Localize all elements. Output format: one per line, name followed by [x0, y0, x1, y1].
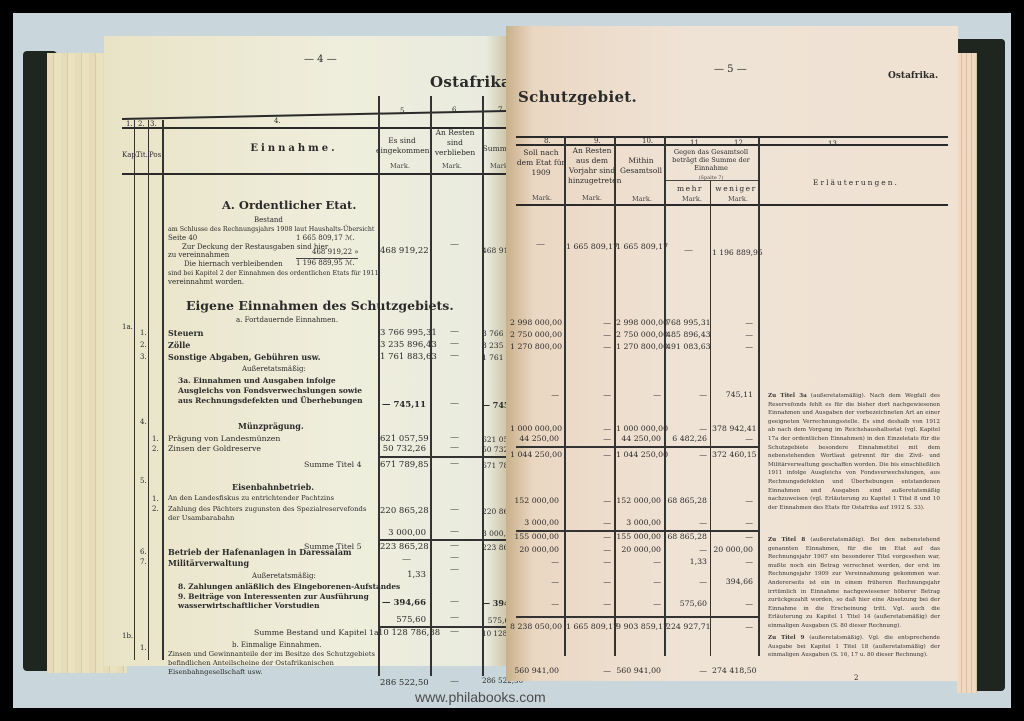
page-title-fragment: Schutzgebiet.: [518, 88, 637, 106]
header-einnahme: Einnahme.: [224, 144, 364, 154]
cell-col8: —: [510, 577, 562, 586]
cell-col9: —: [566, 330, 614, 339]
cell-col12: —: [712, 434, 756, 443]
cell-col12: —: [712, 557, 756, 566]
cell-col9: —: [566, 390, 614, 399]
header-col11-12-group: Gegen das Gesamtsoll beträgt die Summe d…: [668, 148, 754, 172]
cell-col9: —: [566, 424, 614, 433]
cell-col12: —: [712, 496, 756, 505]
cell-col10: —: [616, 557, 664, 566]
cell-col10: —: [616, 577, 664, 586]
header-col6: An Resten sind verblieben: [429, 128, 481, 158]
cell-col11: 1,33: [666, 557, 710, 566]
cell-col10: —: [616, 390, 664, 399]
cell-col8: —: [510, 599, 562, 608]
header-col9: An Resten aus dem Vorjahr sind hinzugetr…: [568, 146, 616, 186]
cell-col10: 2 750 000,00: [616, 330, 664, 339]
cell-col10: 1 000 000,00: [616, 424, 664, 433]
cell-col11: —: [666, 666, 710, 675]
page-number: — 4 —: [304, 54, 337, 65]
cell-col11: 68 865,28: [666, 496, 710, 505]
cell-col11: —: [666, 424, 710, 433]
cell-col9: —: [566, 666, 614, 675]
cell-col12: 20 000,00: [712, 545, 756, 554]
cell-col8: 1 000 000,00: [510, 424, 562, 433]
cell-col9: 1 665 809,17: [566, 622, 614, 631]
header-tit: Tit.: [136, 151, 148, 160]
cell-col8: 20 000,00: [510, 545, 562, 554]
cell-col9: —: [566, 496, 614, 505]
cell-col12: —: [712, 599, 756, 608]
note-titel-9: Zu Titel 9 (außeretatsmäßig). Vgl. die e…: [768, 634, 940, 660]
cell-col12: 372 460,15: [712, 450, 756, 459]
cell-col12: —: [712, 622, 756, 631]
cell-col12: —: [712, 532, 756, 541]
cell-col8: 152 000,00: [510, 496, 562, 505]
cell-col9: —: [566, 450, 614, 459]
cell-col10: 1 270 800,00: [616, 342, 664, 351]
cell-col11: 768 995,31: [666, 318, 710, 327]
header-col13: Erläuterungen.: [766, 178, 946, 188]
watermark: www.philabooks.com: [415, 689, 546, 705]
cell-col9: —: [566, 557, 614, 566]
cell-col10: 20 000,00: [616, 545, 664, 554]
cell-col12: —: [712, 330, 756, 339]
cell-col8: 2 998 000,00: [510, 318, 562, 327]
cell-col11: —: [666, 450, 710, 459]
cell-col10: —: [616, 599, 664, 608]
section-a-heading: A. Ordentlicher Etat.: [222, 198, 356, 212]
note-titel-8: Zu Titel 8 (außeretatsmäßig). Bei den ne…: [768, 536, 940, 631]
cell-col9: —: [566, 545, 614, 554]
cell-col11: —: [666, 518, 710, 527]
cell-col10: 1 044 250,00: [616, 450, 664, 459]
cell-col9: —: [566, 318, 614, 327]
cell-col10: 44 250,00: [616, 434, 664, 443]
cell-col8: 3 000,00: [510, 518, 562, 527]
cell-col9: —: [566, 532, 614, 541]
cell-col10: 3 000,00: [616, 518, 664, 527]
page-edges-right: [957, 53, 977, 693]
left-page: — 4 — Ostafrikanisches 1. 2. 3. 4. 5. 6.…: [104, 36, 506, 666]
section-own-heading: Eigene Einnahmen des Schutzgebiets.: [186, 298, 454, 313]
cell-col10: 9 903 859,17: [616, 622, 664, 631]
cell-col11: 491 083,63: [666, 342, 710, 351]
running-head: Ostafrika.: [888, 72, 938, 81]
header-col5: Es sind eingekommen: [376, 136, 428, 156]
cell-col12: —: [712, 518, 756, 527]
cell-col9: —: [566, 599, 614, 608]
cell-col8: 560 941,00: [510, 666, 562, 675]
header-col11: mehr: [668, 184, 712, 194]
cell-col8: 8 238 050,00: [510, 622, 562, 631]
cell-col11: 485 896,43: [666, 330, 710, 339]
cell-col12: 378 942,41: [712, 424, 756, 433]
cell-col11: 68 865,28: [666, 532, 710, 541]
cell-col12: 745,11: [712, 390, 756, 399]
cell-col11: 224 927,71: [666, 622, 710, 631]
cell-col12: 274 418,50: [712, 666, 756, 675]
header-col12: weniger: [714, 184, 758, 194]
cell-col8: 44 250,00: [510, 434, 562, 443]
cell-col11: —: [666, 545, 710, 554]
cell-col12: 394,66: [712, 577, 756, 586]
cell-col11: —: [666, 390, 710, 399]
header-col8: Soll nach dem Etat für 1909: [516, 148, 566, 178]
header-col10: Mithin Gesamtsoll: [618, 156, 664, 176]
cell-col9: —: [566, 434, 614, 443]
cell-col8: 2 750 000,00: [510, 330, 562, 339]
footer-mark: 2: [854, 674, 858, 683]
cell-col9: —: [566, 518, 614, 527]
cell-col11: 6 482,26: [666, 434, 710, 443]
cell-col8: —: [510, 390, 562, 399]
cell-col8: 1 044 250,00: [510, 450, 562, 459]
page-number: — 5 —: [714, 64, 747, 75]
cell-col11: —: [666, 577, 710, 586]
right-page: — 5 — Schutzgebiet. Ostafrika. 8. 9. 10.…: [506, 26, 958, 681]
cell-col9: —: [566, 577, 614, 586]
note-titel-3a: Zu Titel 3a (außeretatsmäßig). Nach dem …: [768, 392, 940, 512]
cell-col8: —: [510, 557, 562, 566]
cell-col8: 1 270 800,00: [510, 342, 562, 351]
cell-col12: —: [712, 318, 756, 327]
cell-col12: —: [712, 342, 756, 351]
cell-col10: 152 000,00: [616, 496, 664, 505]
cell-col10: 560 941,00: [616, 666, 664, 675]
cell-col8: 155 000,00: [510, 532, 562, 541]
cell-col11: 575,60: [666, 599, 710, 608]
cell-col10: 155 000,00: [616, 532, 664, 541]
cell-col10: 2 998 000,00: [616, 318, 664, 327]
cell-col9: —: [566, 342, 614, 351]
